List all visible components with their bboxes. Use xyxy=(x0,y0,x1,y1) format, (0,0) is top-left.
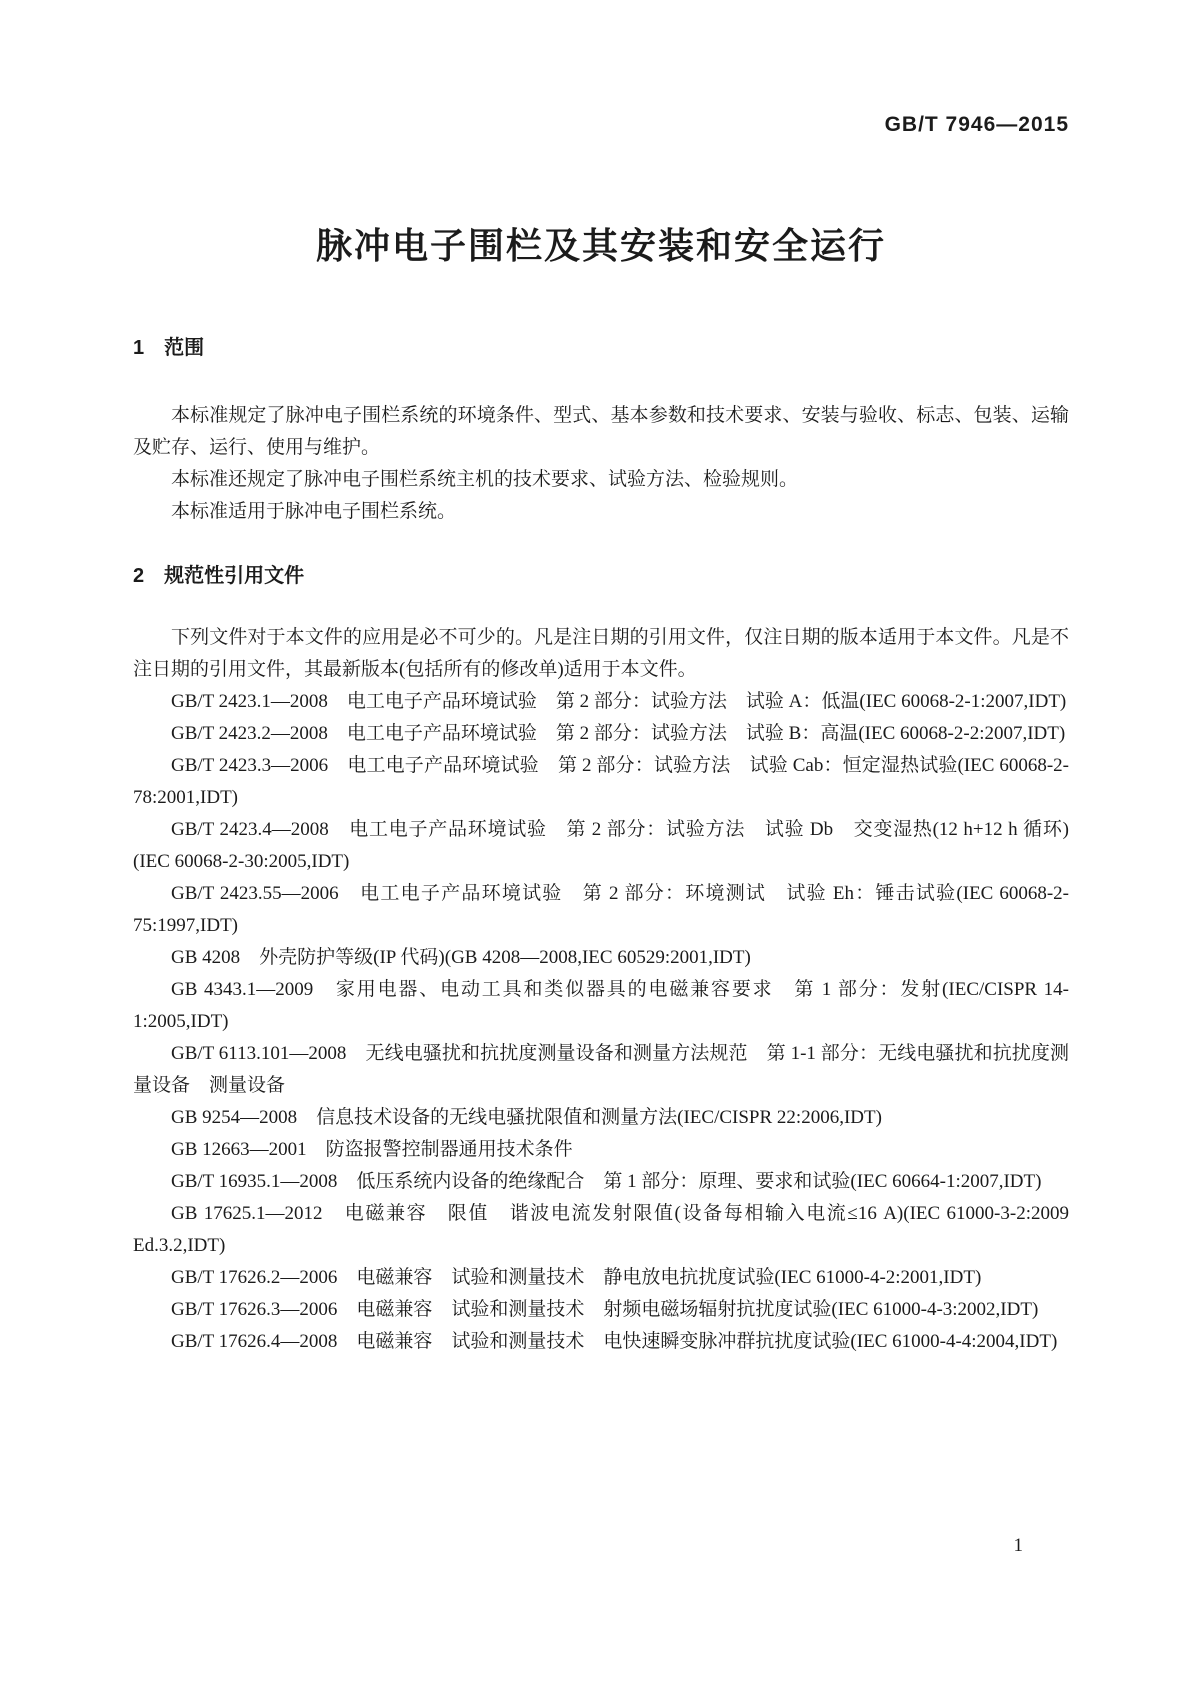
section-number: 2 xyxy=(133,562,144,590)
page-footer: 1 xyxy=(0,1530,1023,1562)
section-title: 范围 xyxy=(164,334,204,362)
section-scope-paragraphs: 本标准规定了脉冲电子围栏系统的环境条件、型式、基本参数和技术要求、安装与验收、标… xyxy=(133,400,1069,528)
section-title: 规范性引用文件 xyxy=(164,562,304,590)
section-references-heading: 2 规范性引用文件 xyxy=(133,562,1069,590)
document-page: GB/T 7946—2015 脉冲电子围栏及其安装和安全运行 1 范围 本标准规… xyxy=(0,0,1191,1684)
reference-item: GB/T 6113.101—2008 无线电骚扰和抗扰度测量设备和测量方法规范 … xyxy=(133,1038,1069,1102)
section-number: 1 xyxy=(133,334,144,362)
page-number: 1 xyxy=(1014,1535,1024,1556)
reference-item: GB/T 17626.4—2008 电磁兼容 试验和测量技术 电快速瞬变脉冲群抗… xyxy=(133,1326,1069,1358)
reference-item: GB 17625.1—2012 电磁兼容 限值 谐波电流发射限值(设备每相输入电… xyxy=(133,1198,1069,1262)
section-scope: 1 范围 本标准规定了脉冲电子围栏系统的环境条件、型式、基本参数和技术要求、安装… xyxy=(133,334,1069,528)
doc-number: GB/T 7946—2015 xyxy=(885,113,1069,136)
reference-item: GB/T 16935.1—2008 低压系统内设备的绝缘配合 第 1 部分：原理… xyxy=(133,1166,1069,1198)
doc-header: GB/T 7946—2015 xyxy=(133,112,1069,138)
reference-item: GB/T 2423.4—2008 电工电子产品环境试验 第 2 部分：试验方法 … xyxy=(133,814,1069,878)
reference-item: GB/T 2423.2—2008 电工电子产品环境试验 第 2 部分：试验方法 … xyxy=(133,718,1069,750)
paragraph: 本标准规定了脉冲电子围栏系统的环境条件、型式、基本参数和技术要求、安装与验收、标… xyxy=(133,400,1069,464)
reference-item: GB/T 17626.3—2006 电磁兼容 试验和测量技术 射频电磁场辐射抗扰… xyxy=(133,1294,1069,1326)
reference-item: GB 4208 外壳防护等级(IP 代码)(GB 4208—2008,IEC 6… xyxy=(133,942,1069,974)
paragraph: 下列文件对于本文件的应用是必不可少的。凡是注日期的引用文件，仅注日期的版本适用于… xyxy=(133,622,1069,686)
doc-title: 脉冲电子围栏及其安装和安全运行 xyxy=(133,224,1069,268)
reference-item: GB 4343.1—2009 家用电器、电动工具和类似器具的电磁兼容要求 第 1… xyxy=(133,974,1069,1038)
section-scope-heading: 1 范围 xyxy=(133,334,1069,362)
reference-item: GB/T 17626.2—2006 电磁兼容 试验和测量技术 静电放电抗扰度试验… xyxy=(133,1262,1069,1294)
reference-item: GB 9254—2008 信息技术设备的无线电骚扰限值和测量方法(IEC/CIS… xyxy=(133,1102,1069,1134)
reference-item: GB/T 2423.55—2006 电工电子产品环境试验 第 2 部分：环境测试… xyxy=(133,878,1069,942)
reference-item: GB/T 2423.3—2006 电工电子产品环境试验 第 2 部分：试验方法 … xyxy=(133,750,1069,814)
references-list: GB/T 2423.1—2008 电工电子产品环境试验 第 2 部分：试验方法 … xyxy=(133,686,1069,1358)
references-intro: 下列文件对于本文件的应用是必不可少的。凡是注日期的引用文件，仅注日期的版本适用于… xyxy=(133,622,1069,686)
section-normative-references: 2 规范性引用文件 下列文件对于本文件的应用是必不可少的。凡是注日期的引用文件，… xyxy=(133,562,1069,1358)
paragraph: 本标准适用于脉冲电子围栏系统。 xyxy=(133,496,1069,528)
reference-item: GB 12663—2001 防盗报警控制器通用技术条件 xyxy=(133,1134,1069,1166)
paragraph: 本标准还规定了脉冲电子围栏系统主机的技术要求、试验方法、检验规则。 xyxy=(133,464,1069,496)
reference-item: GB/T 2423.1—2008 电工电子产品环境试验 第 2 部分：试验方法 … xyxy=(133,686,1069,718)
